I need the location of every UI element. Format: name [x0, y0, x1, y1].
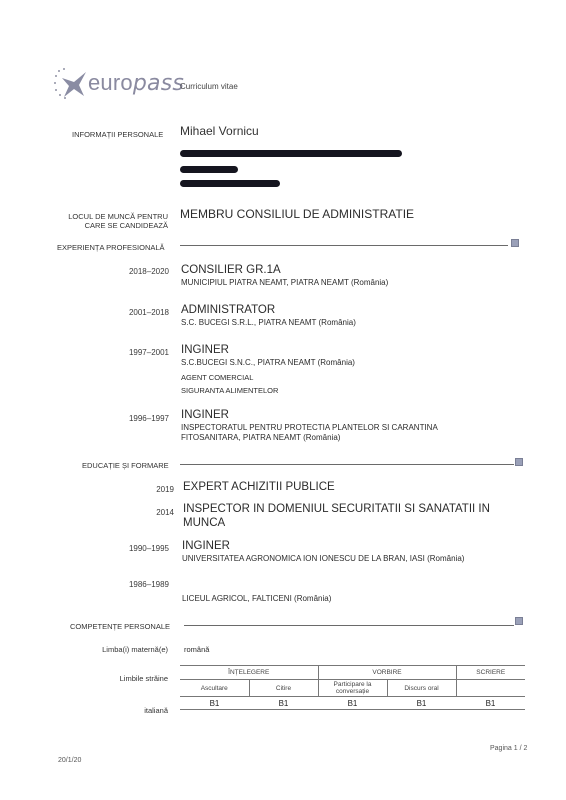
education-dates: 2014 — [114, 508, 174, 517]
section-toggle-icon — [515, 617, 523, 625]
level-listening: B1 — [180, 697, 249, 710]
position-label: LOCUL DE MUNCĂ PENTRU CARE SE CANDIDEAZĂ — [65, 212, 168, 230]
foreign-languages-label: Limbile străine — [68, 674, 168, 683]
experience-dates: 1996–1997 — [109, 414, 169, 423]
education-title: MUNCA — [183, 517, 225, 529]
experience-dates: 2001–2018 — [109, 308, 169, 317]
education-title: INSPECTOR IN DOMENIUL SECURITATII SI SAN… — [183, 503, 490, 515]
position-applied: MEMBRU CONSILIUL DE ADMINISTRATIE — [180, 207, 414, 221]
education-institution: LICEUL AGRICOL, FALTICENI (România) — [182, 594, 331, 603]
europass-star-logo-icon — [52, 66, 92, 102]
subheader-production: Discurs oral — [387, 680, 456, 697]
education-dates: 1990–1995 — [109, 544, 169, 553]
section-divider — [180, 464, 514, 465]
redacted-email — [180, 180, 280, 187]
mother-tongue-label: Limba(i) maternă(e) — [68, 645, 168, 654]
redacted-phone — [180, 166, 238, 173]
education-institution: UNIVERSITATEA AGRONOMICA ION IONESCU DE … — [182, 554, 464, 563]
mother-tongue-value: română — [184, 645, 209, 654]
group-writing: SCRIERE — [456, 666, 525, 680]
experience-detail: SIGURANTA ALIMENTELOR — [181, 386, 278, 395]
education-dates: 1986–1989 — [109, 580, 169, 589]
group-understanding: ÎNȚELEGERE — [180, 666, 318, 680]
experience-employer: FITOSANITARA, PIATRA NEAMT (România) — [181, 433, 340, 442]
experience-employer: S.C.BUCEGI S.N.C., PIATRA NEAMT (România… — [181, 358, 355, 367]
europass-wordmark: europass — [88, 70, 184, 96]
section-toggle-icon — [515, 458, 523, 466]
section-divider — [184, 625, 514, 626]
section-label-skills: COMPETENȚE PERSONALE — [70, 622, 170, 631]
language-name: italiană — [68, 706, 168, 715]
level-interaction: B1 — [318, 697, 387, 710]
section-label-experience: EXPERIENȚA PROFESIONALĂ — [57, 243, 165, 252]
language-skills-table: ÎNȚELEGERE VORBIRE SCRIERE Ascultare Cit… — [180, 665, 525, 710]
experience-title: INGINER — [181, 344, 229, 356]
page-number: Pagina 1 / 2 — [490, 745, 527, 752]
experience-title: CONSILIER GR.1A — [181, 264, 281, 276]
group-speaking: VORBIRE — [318, 666, 456, 680]
redacted-address — [180, 150, 402, 157]
section-divider — [180, 245, 508, 246]
subheader-reading: Citire — [249, 680, 318, 697]
subheader-listening: Ascultare — [180, 680, 249, 697]
document-type: Curriculum vitae — [180, 82, 238, 91]
subheader-writing — [456, 680, 525, 697]
footer-date: 20/1/20 — [58, 757, 81, 764]
experience-employer: MUNICIPIUL PIATRA NEAMT, PIATRA NEAMT (R… — [181, 278, 388, 287]
experience-dates: 1997–2001 — [109, 348, 169, 357]
education-title: INGINER — [182, 540, 230, 552]
experience-dates: 2018–2020 — [109, 267, 169, 276]
level-production: B1 — [387, 697, 456, 710]
experience-title: INGINER — [181, 409, 229, 421]
section-label-education: EDUCAȚIE ȘI FORMARE — [82, 461, 169, 470]
level-reading: B1 — [249, 697, 318, 710]
section-label-personal-info: INFORMAȚII PERSONALE — [72, 130, 163, 139]
experience-detail: AGENT COMERCIAL — [181, 373, 253, 382]
experience-employer: INSPECTORATUL PENTRU PROTECTIA PLANTELOR… — [181, 423, 438, 432]
subheader-interaction: Participare la conversație — [318, 680, 387, 697]
applicant-name: Mihael Vornicu — [180, 124, 259, 138]
section-toggle-icon — [511, 239, 519, 247]
experience-employer: S.C. BUCEGI S.R.L., PIATRA NEAMT (Români… — [181, 318, 356, 327]
experience-title: ADMINISTRATOR — [181, 304, 275, 316]
education-title: EXPERT ACHIZITII PUBLICE — [183, 481, 335, 493]
education-dates: 2019 — [114, 485, 174, 494]
level-writing: B1 — [456, 697, 525, 710]
